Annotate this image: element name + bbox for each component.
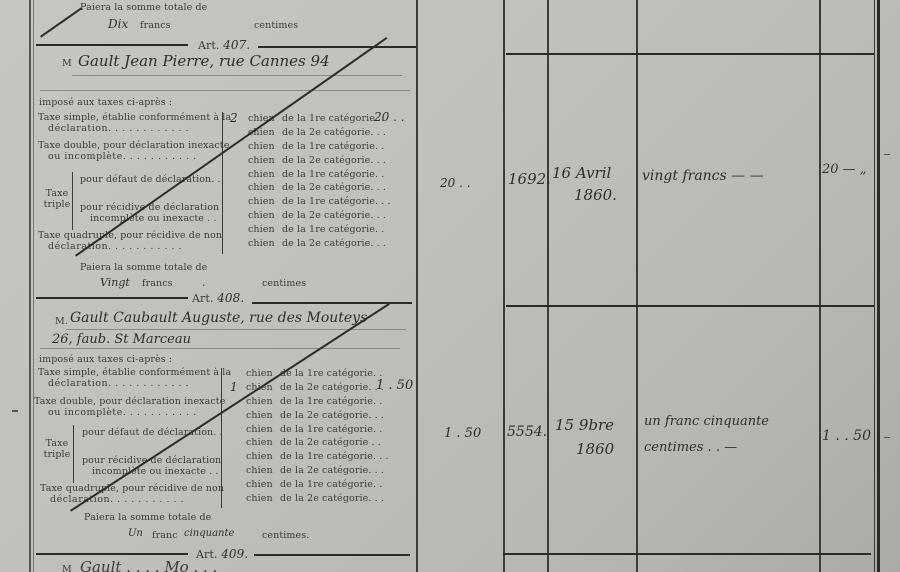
tax-simple-label2: déclaration. . . . . . . . . . . . bbox=[48, 378, 189, 389]
quittance-number: 1692. bbox=[508, 170, 551, 188]
dog-count: 1 bbox=[230, 380, 238, 394]
payment-date-day: 15 9bre bbox=[555, 416, 614, 434]
cents-handwritten: cinquante bbox=[184, 528, 234, 539]
left-margin-rule-thin bbox=[33, 0, 34, 572]
art-number: 409. bbox=[221, 547, 248, 561]
article-label: Art. 407. bbox=[198, 38, 250, 52]
tax-triple-sub2b: incomplète ou inexacte . . bbox=[90, 213, 217, 224]
category: de la 1re catégorie. . bbox=[280, 424, 382, 435]
register-right-border-thin bbox=[874, 0, 875, 572]
owner-name-address: Gault Caubault Auguste, rue des Mouteys bbox=[70, 310, 367, 326]
left-margin-rule bbox=[29, 0, 31, 572]
tax-triple-sub2b: incomplète ou inexacte . . bbox=[92, 466, 219, 477]
m-label: M bbox=[62, 564, 72, 572]
chien-text: chien bbox=[248, 182, 275, 193]
category: de la 2e catégorie. . . bbox=[282, 210, 386, 221]
register-col-2 bbox=[547, 0, 549, 572]
art-number: 407. bbox=[223, 38, 250, 52]
amount-in-words: vingt francs — — bbox=[642, 168, 764, 184]
chien-text: chien bbox=[246, 437, 273, 448]
name-rule bbox=[40, 90, 410, 91]
category: de la 1re catégorie. . bbox=[282, 141, 384, 152]
centimes-label: centimes. bbox=[262, 530, 309, 541]
tax-double-label2: ou incomplète. . . . . . . . . . . bbox=[48, 407, 197, 418]
amount-handwritten: Dix bbox=[108, 17, 128, 31]
chien-text: chien bbox=[248, 210, 275, 221]
owner-address-line2: 26, faub. St Marceau bbox=[52, 332, 191, 347]
name-rule bbox=[72, 75, 402, 76]
tax-triple-sub1: pour défaut de déclaration. . bbox=[82, 427, 223, 438]
tax-simple-label2: déclaration. . . . . . . . . . . . bbox=[48, 123, 189, 134]
name-rule bbox=[66, 329, 406, 330]
article-separator bbox=[36, 297, 188, 299]
owner-name-address: Gault Jean Pierre, rue Cannes 94 bbox=[78, 52, 330, 70]
centimes-label: centimes bbox=[262, 278, 306, 289]
category: de la 1re catégorie. . . bbox=[280, 451, 389, 462]
tax-triple-label: Taxe triple bbox=[42, 438, 72, 460]
tax-simple-label: Taxe simple, établie conformément à la bbox=[38, 367, 231, 378]
article-separator bbox=[254, 554, 410, 556]
impose-label: imposé aux taxes ci-après : bbox=[39, 354, 172, 365]
tax-quadruple-label2: déclaration. . . . . . . . . . . bbox=[50, 494, 184, 505]
tax-double-label: Taxe double, pour déclaration inexacte bbox=[38, 140, 229, 151]
article-separator bbox=[36, 553, 188, 555]
category: de la 2e catégorie. . . bbox=[282, 182, 386, 193]
cents-handwritten: . bbox=[202, 276, 206, 289]
tax-triple-sub1: pour défaut de déclaration. . bbox=[80, 174, 221, 185]
m-label: M bbox=[62, 58, 72, 69]
register-col-4 bbox=[819, 0, 821, 572]
payment-date-day: 16 Avril bbox=[552, 164, 611, 182]
register-col-1 bbox=[503, 0, 505, 572]
chien-text: chien bbox=[246, 368, 273, 379]
impose-label: imposé aux taxes ci-après : bbox=[39, 97, 172, 108]
category: de la 1re catégorie. . bbox=[280, 396, 382, 407]
category: de la 1re catégorie. . bbox=[280, 479, 382, 490]
category: de la 2e catégorie. . . bbox=[280, 493, 384, 504]
chien-brace bbox=[222, 112, 223, 254]
triple-brace bbox=[72, 172, 73, 230]
register-total: 20 — „ bbox=[822, 162, 867, 177]
category: de la 2e catégorie. . . bbox=[282, 155, 386, 166]
article-label: Art. 408. bbox=[192, 291, 244, 305]
art-number: 408. bbox=[217, 291, 244, 305]
chien-text: chien bbox=[246, 465, 273, 476]
tax-quadruple-label: Taxe quadruple, pour récidive de non bbox=[40, 483, 224, 494]
francs-label: francs bbox=[140, 20, 171, 31]
payment-date-year: 1860 bbox=[576, 440, 614, 458]
register-row-separator bbox=[506, 53, 874, 55]
art-label: Art. bbox=[192, 292, 214, 305]
francs-label: francs bbox=[142, 278, 173, 289]
category: de la 1re catégorie. . bbox=[282, 169, 384, 180]
payer-label: Paiera la somme totale de bbox=[80, 262, 207, 273]
tax-quadruple-label2: déclaration. . . . . . . . . . . bbox=[48, 241, 182, 252]
owner-name-address: Gault . . . . Mo . . . bbox=[80, 558, 217, 572]
line-amount: 1 . 50 bbox=[376, 378, 413, 393]
category: de la 1re catégorie. . bbox=[282, 224, 384, 235]
tax-triple-label: Taxe triple bbox=[42, 188, 72, 210]
payment-date-year: 1860. bbox=[574, 186, 617, 204]
triple-brace bbox=[73, 425, 74, 483]
quittance-number: 5554. bbox=[507, 424, 547, 440]
margin-tick bbox=[884, 437, 890, 438]
tax-double-label: Taxe double, pour déclaration inexacte bbox=[34, 396, 225, 407]
amount-in-words-line2: centimes . . — bbox=[644, 440, 737, 455]
category: de la 1re catégorie. . bbox=[282, 113, 384, 124]
name-rule bbox=[40, 348, 400, 349]
chien-text: chien bbox=[248, 155, 275, 166]
article-separator bbox=[258, 46, 416, 48]
margin-tick bbox=[884, 154, 890, 155]
amount-handwritten: Vingt bbox=[100, 276, 130, 289]
register-row-separator bbox=[503, 553, 871, 555]
chien-text: chien bbox=[246, 410, 273, 421]
register-page: Paiera la somme totale de Dix francs cen… bbox=[0, 0, 900, 572]
payer-label: Paiera la somme totale de bbox=[80, 2, 207, 13]
dog-count: 2 bbox=[230, 111, 238, 125]
m-label: M. bbox=[55, 316, 68, 327]
chien-brace bbox=[221, 368, 222, 508]
chien-text: chien bbox=[246, 479, 273, 490]
category: de la 2e catégorie. . . bbox=[282, 238, 386, 249]
tax-double-label2: ou incomplète. . . . . . . . . . . bbox=[48, 151, 197, 162]
column-separator bbox=[416, 0, 418, 572]
margin-tick bbox=[12, 410, 18, 412]
chien-text: chien bbox=[248, 141, 275, 152]
category: de la 2e catégorie . . bbox=[280, 437, 381, 448]
chien-text: chien bbox=[246, 424, 273, 435]
cancel-stroke bbox=[40, 7, 82, 37]
category: de la 2e catégorie. . . bbox=[282, 127, 386, 138]
chien-text: chien bbox=[246, 493, 273, 504]
line-amount: 20 . . bbox=[374, 110, 405, 124]
amount-handwritten: Un bbox=[128, 528, 143, 539]
category: de la 1re catégorie. . . bbox=[282, 196, 391, 207]
category: de la 2e catégorie. . . bbox=[280, 382, 384, 393]
category: de la 1re catégorie. . bbox=[280, 368, 382, 379]
register-col-3 bbox=[636, 0, 638, 572]
register-amount: 20 . . bbox=[440, 176, 471, 190]
art-label: Art. bbox=[198, 39, 220, 52]
chien-text: chien bbox=[246, 396, 273, 407]
category: de la 2e catégorie. . . bbox=[280, 465, 384, 476]
chien-text: chien bbox=[248, 169, 275, 180]
tax-quadruple-label: Taxe quadruple, pour récidive de non bbox=[38, 230, 222, 241]
francs-label: franc bbox=[152, 530, 178, 541]
chien-text: chien bbox=[248, 238, 275, 249]
register-right-border bbox=[877, 0, 880, 572]
chien-text: chien bbox=[248, 196, 275, 207]
chien-text: chien bbox=[248, 224, 275, 235]
payer-label: Paiera la somme totale de bbox=[84, 512, 211, 523]
register-amount: 1 . 50 bbox=[444, 426, 481, 441]
register-row-separator bbox=[506, 305, 874, 307]
centimes-label: centimes bbox=[254, 20, 298, 31]
chien-text: chien bbox=[246, 451, 273, 462]
tax-simple-label: Taxe simple, établie conformément à la bbox=[38, 112, 231, 123]
register-total: 1 . . 50 bbox=[822, 428, 871, 444]
category: de la 2e catégorie. . . bbox=[280, 410, 384, 421]
article-separator bbox=[36, 44, 188, 46]
amount-in-words: un franc cinquante bbox=[644, 414, 769, 429]
